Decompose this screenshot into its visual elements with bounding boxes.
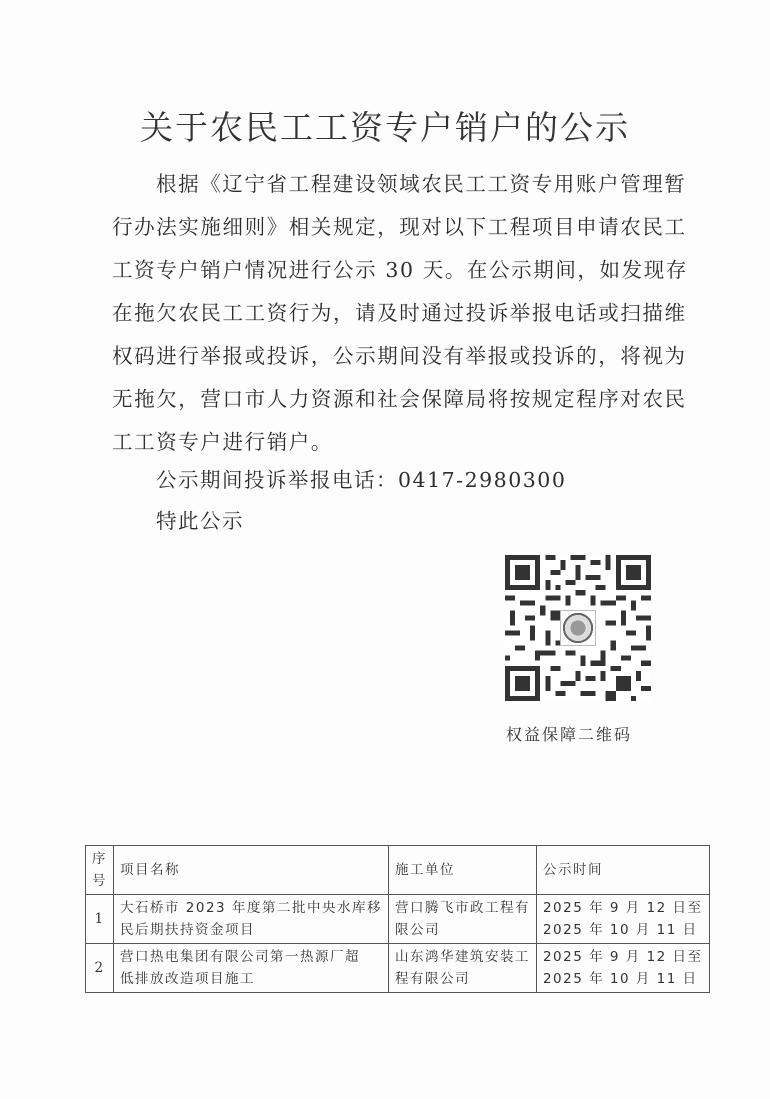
table-row: 2 营口热电集团有限公司第一热源厂超 低排放改造项目施工 山东鸿华建筑安装工 程…	[86, 944, 710, 993]
row-contractor: 山东鸿华建筑安装工 程有限公司	[388, 944, 536, 993]
row-no: 2	[86, 944, 114, 993]
document-title: 关于农民工工资专户销户的公示	[0, 102, 770, 149]
header-contractor: 施工单位	[388, 846, 536, 895]
body-line: 权码进行举报或投诉，公示期间没有举报或投诉的，将视为	[112, 335, 672, 378]
qr-caption: 权益保障二维码	[506, 722, 632, 745]
table-header-row: 序号 项目名称 施工单位 公示时间	[86, 846, 710, 895]
row-project: 大石桥市 2023 年度第二批中央水库移 民后期扶持资金项目	[114, 895, 389, 944]
row-period: 2025 年 9 月 12 日至 2025 年 10 月 11 日	[536, 895, 709, 944]
header-project: 项目名称	[114, 846, 389, 895]
body-line: 根据《辽宁省工程建设领域农民工工资专用账户管理暂	[112, 163, 672, 206]
body-line: 无拖欠，营口市人力资源和社会保障局将按规定程序对农民	[112, 378, 672, 421]
qr-code-icon	[505, 555, 651, 701]
qr-code[interactable]	[505, 555, 651, 701]
body-line: 行办法实施细则》相关规定，现对以下工程项目申请农民工	[112, 206, 672, 249]
table-row: 1 大石桥市 2023 年度第二批中央水库移 民后期扶持资金项目 营口腾飞市政工…	[86, 895, 710, 944]
row-project: 营口热电集团有限公司第一热源厂超 低排放改造项目施工	[114, 944, 389, 993]
closing-text: 特此公示	[156, 504, 244, 534]
header-no: 序号	[86, 846, 114, 895]
row-contractor: 营口腾飞市政工程有 限公司	[388, 895, 536, 944]
notice-body: 根据《辽宁省工程建设领域农民工工资专用账户管理暂 行办法实施细则》相关规定，现对…	[112, 163, 672, 464]
header-period: 公示时间	[536, 846, 709, 895]
body-line: 在拖欠农民工工资行为，请及时通过投诉举报电话或扫描维	[112, 292, 672, 335]
projects-table: 序号 项目名称 施工单位 公示时间 1 大石桥市 2023 年度第二批中央水库移…	[85, 845, 710, 993]
complaint-phone: 公示期间投诉举报电话：0417-2980300	[156, 463, 566, 493]
body-line: 工资专户销户情况进行公示 30 天。在公示期间，如发现存	[112, 249, 672, 292]
row-period: 2025 年 9 月 12 日至 2025 年 10 月 11 日	[536, 944, 709, 993]
row-no: 1	[86, 895, 114, 944]
body-line: 工工资专户进行销户。	[112, 421, 672, 464]
